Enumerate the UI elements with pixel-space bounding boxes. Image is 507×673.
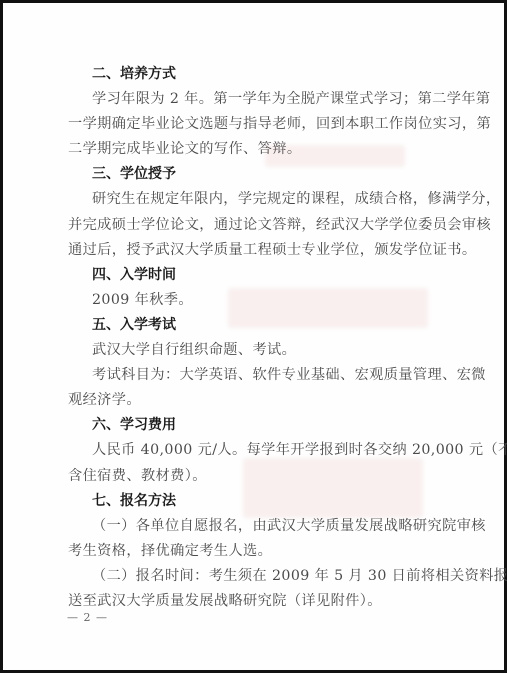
paragraph-line: 研究生在规定年限内，学完规定的课程，成绩合格，修满学分， — [68, 187, 420, 212]
paragraph-line: 考生资格，择优确定考生人选。 — [68, 539, 420, 564]
section-heading-training: 二、培养方式 — [68, 62, 420, 87]
section-heading-enrollment-time: 四、入学时间 — [68, 263, 420, 288]
section-heading-application: 七、报名方法 — [68, 489, 420, 514]
paragraph-line: 一学期确定毕业论文选题与指导老师，回到本职工作岗位实习，第 — [68, 112, 420, 137]
section-heading-tuition: 六、学习费用 — [68, 413, 420, 438]
paragraph-line: 送至武汉大学质量发展战略研究院（详见附件）。 — [68, 589, 420, 614]
section-heading-entrance-exam: 五、入学考试 — [68, 313, 420, 338]
paragraph-line: 学习年限为 2 年。第一学年为全脱产课堂式学习；第二学年第 — [68, 87, 420, 112]
page-number: — 2 — — [67, 611, 108, 624]
paragraph-line: （二）报名时间：考生须在 2009 年 5 月 30 日前将相关资料报 — [68, 564, 420, 589]
paragraph-line: 武汉大学自行组织命题、考试。 — [68, 338, 420, 363]
paragraph-line: 人民币 40,000 元/人。每学年开学报到时各交纳 20,000 元（不 — [68, 438, 420, 463]
paragraph-line: 2009 年秋季。 — [68, 288, 420, 313]
section-heading-degree: 三、学位授予 — [68, 162, 420, 187]
paragraph-line: 含住宿费、教材费）。 — [68, 464, 420, 489]
paragraph-line: 考试科目为：大学英语、软件专业基础、宏观质量管理、宏微 — [68, 363, 420, 388]
paragraph-line: 二学期完成毕业论文的写作、答辩。 — [68, 137, 420, 162]
document-body: 二、培养方式 学习年限为 2 年。第一学年为全脱产课堂式学习；第二学年第 一学期… — [68, 62, 420, 614]
paragraph-line: （一）各单位自愿报名，由武汉大学质量发展战略研究院审核 — [68, 514, 420, 539]
paragraph-line: 通过后，授予武汉大学质量工程硕士专业学位，颁发学位证书。 — [68, 238, 420, 263]
paragraph-line: 并完成硕士学位论文，通过论文答辩，经武汉大学学位委员会审核 — [68, 213, 420, 238]
paragraph-line: 观经济学。 — [68, 388, 420, 413]
